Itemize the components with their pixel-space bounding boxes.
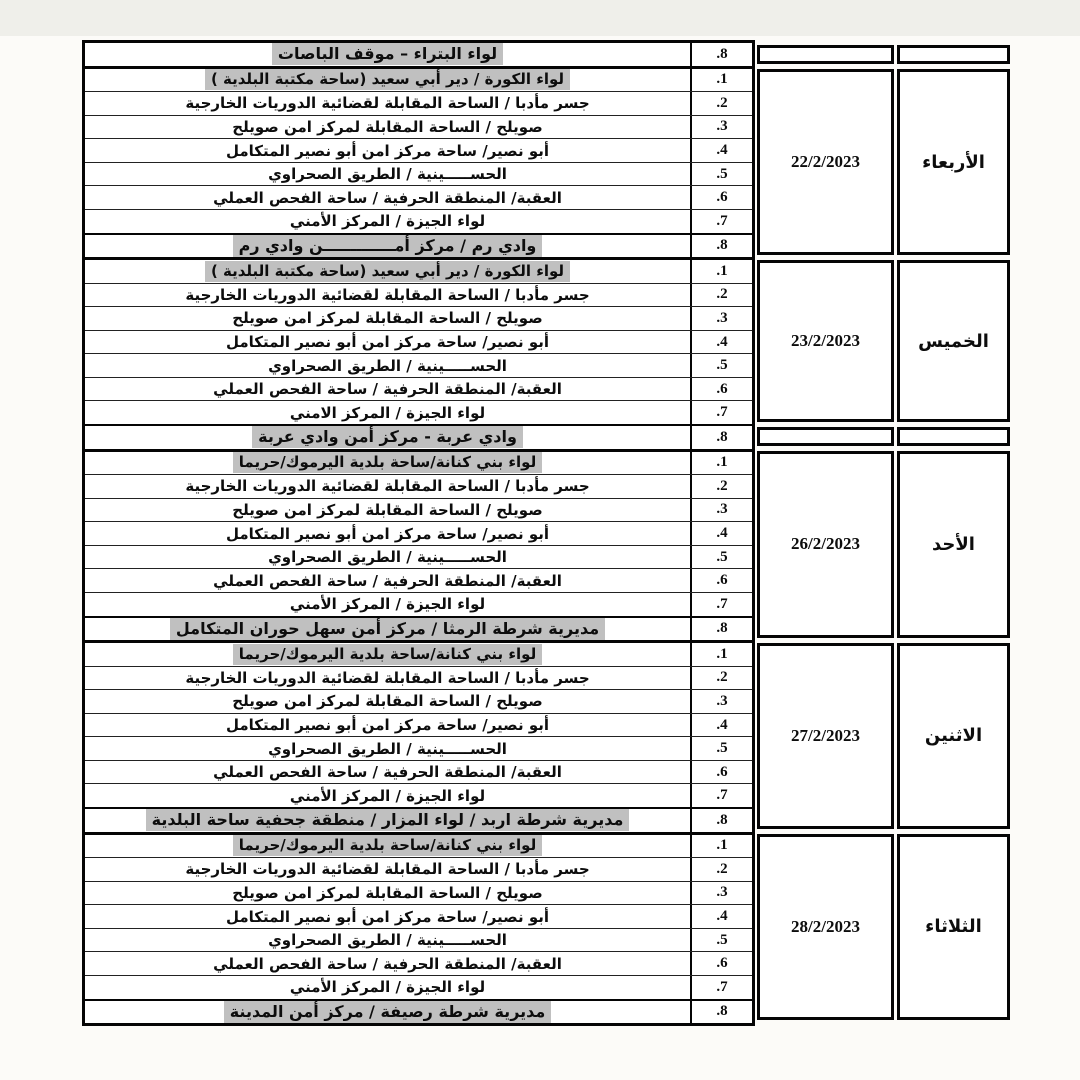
day-cell: الاثنين bbox=[897, 643, 1010, 829]
location-text: أبو نصير/ ساحة مركز امن أبو نصير المتكام… bbox=[226, 142, 549, 160]
row-number-cell: .3 bbox=[690, 882, 752, 905]
location-cell: أبو نصير/ ساحة مركز امن أبو نصير المتكام… bbox=[85, 331, 690, 354]
table-row: الحســـــينية / الطريق الصحراوي .5 bbox=[85, 353, 752, 377]
location-text: جسر مأدبا / الساحة المقابلة لقضائية الدو… bbox=[185, 94, 589, 112]
table-row: لواء البتراء – موقف الباصات .8 bbox=[85, 43, 752, 66]
row-number-cell: .3 bbox=[690, 690, 752, 713]
empty-date-cell bbox=[757, 45, 894, 64]
location-text: الحســـــينية / الطريق الصحراوي bbox=[268, 165, 507, 183]
table-row: أبو نصير/ ساحة مركز امن أبو نصير المتكام… bbox=[85, 713, 752, 737]
location-text: جسر مأدبا / الساحة المقابلة لقضائية الدو… bbox=[185, 860, 589, 878]
location-cell: لواء الجيزة / المركز الأمني bbox=[85, 210, 690, 233]
location-cell: لواء بني كنانة/ساحة بلدية اليرموك/حريما bbox=[85, 643, 690, 666]
location-text: جسر مأدبا / الساحة المقابلة لقضائية الدو… bbox=[185, 669, 589, 687]
table-row: لواء الكورة / دير أبي سعيد (ساحة مكتبة ا… bbox=[85, 257, 752, 283]
location-text: وادي عربة - مركز أمن وادي عربة bbox=[252, 426, 523, 448]
row-number-cell: .2 bbox=[690, 284, 752, 307]
location-cell: صويلح / الساحة المقابلة لمركز امن صويلح bbox=[85, 116, 690, 139]
table-row: الحســـــينية / الطريق الصحراوي .5 bbox=[85, 162, 752, 186]
row-number-cell: .7 bbox=[690, 976, 752, 999]
location-cell: الحســـــينية / الطريق الصحراوي bbox=[85, 929, 690, 952]
row-number-cell: .6 bbox=[690, 186, 752, 209]
table-row: جسر مأدبا / الساحة المقابلة لقضائية الدو… bbox=[85, 474, 752, 498]
patrol-schedule-table: لواء البتراء – موقف الباصات .8 لواء الكو… bbox=[82, 40, 1010, 1026]
row-number-cell: .2 bbox=[690, 667, 752, 690]
location-cell: مديرية شرطة الرمثا / مركز أمن سهل حوران … bbox=[85, 618, 690, 641]
row-number-cell: .5 bbox=[690, 354, 752, 377]
location-cell: جسر مأدبا / الساحة المقابلة لقضائية الدو… bbox=[85, 858, 690, 881]
row-number-cell: .1 bbox=[690, 260, 752, 283]
location-cell: أبو نصير/ ساحة مركز امن أبو نصير المتكام… bbox=[85, 522, 690, 545]
location-cell: لواء الكورة / دير أبي سعيد (ساحة مكتبة ا… bbox=[85, 260, 690, 283]
location-cell: أبو نصير/ ساحة مركز امن أبو نصير المتكام… bbox=[85, 905, 690, 928]
location-cell: جسر مأدبا / الساحة المقابلة لقضائية الدو… bbox=[85, 284, 690, 307]
row-number-cell: .1 bbox=[690, 452, 752, 475]
row-number-cell: .8 bbox=[690, 426, 752, 449]
location-cell: الحســـــينية / الطريق الصحراوي bbox=[85, 546, 690, 569]
location-text: لواء الجيزة / المركز الأمني bbox=[290, 978, 485, 996]
location-cell: صويلح / الساحة المقابلة لمركز امن صويلح bbox=[85, 499, 690, 522]
scanned-schedule-page: { "page": { "background": "#fcfbf8", "to… bbox=[0, 0, 1080, 1080]
row-number-cell: .2 bbox=[690, 858, 752, 881]
location-text: جسر مأدبا / الساحة المقابلة لقضائية الدو… bbox=[185, 477, 589, 495]
row-number-cell: .4 bbox=[690, 331, 752, 354]
location-text: لواء الكورة / دير أبي سعيد (ساحة مكتبة ا… bbox=[205, 69, 570, 90]
table-row: صويلح / الساحة المقابلة لمركز امن صويلح … bbox=[85, 115, 752, 139]
location-text: لواء الجيزة / المركز الأمني bbox=[290, 595, 485, 613]
row-number-cell: .2 bbox=[690, 475, 752, 498]
location-text: صويلح / الساحة المقابلة لمركز امن صويلح bbox=[232, 118, 542, 136]
table-row: لواء بني كنانة/ساحة بلدية اليرموك/حريما … bbox=[85, 449, 752, 475]
table-row: جسر مأدبا / الساحة المقابلة لقضائية الدو… bbox=[85, 283, 752, 307]
table-row: وادي عربة - مركز أمن وادي عربة .8 bbox=[85, 424, 752, 449]
table-row: جسر مأدبا / الساحة المقابلة لقضائية الدو… bbox=[85, 857, 752, 881]
row-number-cell: .1 bbox=[690, 835, 752, 858]
row-number-cell: .4 bbox=[690, 139, 752, 162]
location-text: لواء بني كنانة/ساحة بلدية اليرموك/حريما bbox=[233, 835, 542, 856]
location-text: أبو نصير/ ساحة مركز امن أبو نصير المتكام… bbox=[226, 525, 549, 543]
location-text: الحســـــينية / الطريق الصحراوي bbox=[268, 357, 507, 375]
location-cell: الحســـــينية / الطريق الصحراوي bbox=[85, 737, 690, 760]
row-number-cell: .5 bbox=[690, 737, 752, 760]
table-row: لواء الجيزة / المركز الأمني .7 bbox=[85, 592, 752, 616]
table-row: أبو نصير/ ساحة مركز امن أبو نصير المتكام… bbox=[85, 904, 752, 928]
empty-date-cell bbox=[757, 427, 894, 446]
table-row: لواء الجيزة / المركز الأمني .7 bbox=[85, 209, 752, 233]
table-row: مديرية شرطة اربد / لواء المزار / منطقة ج… bbox=[85, 807, 752, 832]
table-row: أبو نصير/ ساحة مركز امن أبو نصير المتكام… bbox=[85, 521, 752, 545]
location-cell: لواء الجيزة / المركز الأمني bbox=[85, 976, 690, 999]
location-cell: العقبة/ المنطقة الحرفية / ساحة الفحص الع… bbox=[85, 761, 690, 784]
table-row: وادي رم / مركز أمـــــــــــــن وادي رم … bbox=[85, 233, 752, 258]
empty-day-cell bbox=[897, 427, 1010, 446]
row-number-cell: .7 bbox=[690, 210, 752, 233]
table-row: الحســـــينية / الطريق الصحراوي .5 bbox=[85, 545, 752, 569]
row-number-cell: .4 bbox=[690, 714, 752, 737]
location-text: لواء الكورة / دير أبي سعيد (ساحة مكتبة ا… bbox=[205, 261, 570, 282]
location-cell: صويلح / الساحة المقابلة لمركز امن صويلح bbox=[85, 307, 690, 330]
table-row: الحســـــينية / الطريق الصحراوي .5 bbox=[85, 736, 752, 760]
page-top-margin bbox=[0, 0, 1080, 36]
row-number-cell: .6 bbox=[690, 569, 752, 592]
row-number-cell: .8 bbox=[690, 618, 752, 641]
location-cell: جسر مأدبا / الساحة المقابلة لقضائية الدو… bbox=[85, 667, 690, 690]
location-text: العقبة/ المنطقة الحرفية / ساحة الفحص الع… bbox=[213, 955, 562, 973]
table-row: لواء بني كنانة/ساحة بلدية اليرموك/حريما … bbox=[85, 640, 752, 666]
row-number-cell: .8 bbox=[690, 1001, 752, 1024]
day-cell: الخميس bbox=[897, 260, 1010, 422]
table-row: مديرية شرطة الرمثا / مركز أمن سهل حوران … bbox=[85, 616, 752, 641]
location-text: أبو نصير/ ساحة مركز امن أبو نصير المتكام… bbox=[226, 333, 549, 351]
location-cell: جسر مأدبا / الساحة المقابلة لقضائية الدو… bbox=[85, 475, 690, 498]
location-text: مديرية شرطة رصيفة / مركز أمن المدينة bbox=[224, 1001, 552, 1023]
row-number-cell: .2 bbox=[690, 92, 752, 115]
location-cell: الحســـــينية / الطريق الصحراوي bbox=[85, 354, 690, 377]
location-cell: صويلح / الساحة المقابلة لمركز امن صويلح bbox=[85, 690, 690, 713]
location-cell: لواء الكورة / دير أبي سعيد (ساحة مكتبة ا… bbox=[85, 69, 690, 92]
row-number-cell: .4 bbox=[690, 905, 752, 928]
row-number-cell: .7 bbox=[690, 593, 752, 616]
table-row: أبو نصير/ ساحة مركز امن أبو نصير المتكام… bbox=[85, 138, 752, 162]
table-row: لواء الجيزة / المركز الأمني .7 bbox=[85, 975, 752, 999]
table-row: صويلح / الساحة المقابلة لمركز امن صويلح … bbox=[85, 689, 752, 713]
location-cell: مديرية شرطة اربد / لواء المزار / منطقة ج… bbox=[85, 809, 690, 832]
location-cell: العقبة/ المنطقة الحرفية / ساحة الفحص الع… bbox=[85, 186, 690, 209]
row-number-cell: .7 bbox=[690, 401, 752, 424]
location-text: صويلح / الساحة المقابلة لمركز امن صويلح bbox=[232, 309, 542, 327]
table-row: جسر مأدبا / الساحة المقابلة لقضائية الدو… bbox=[85, 666, 752, 690]
location-cell: العقبة/ المنطقة الحرفية / ساحة الفحص الع… bbox=[85, 952, 690, 975]
row-number-cell: .8 bbox=[690, 43, 752, 66]
table-row: لواء الكورة / دير أبي سعيد (ساحة مكتبة ا… bbox=[85, 66, 752, 92]
row-number-cell: .1 bbox=[690, 643, 752, 666]
location-text: لواء الجيزة / المركز الامني bbox=[290, 404, 485, 422]
row-number-cell: .4 bbox=[690, 522, 752, 545]
location-cell: وادي عربة - مركز أمن وادي عربة bbox=[85, 426, 690, 449]
date-cell: 23/2/2023 bbox=[757, 260, 894, 422]
location-cell: لواء بني كنانة/ساحة بلدية اليرموك/حريما bbox=[85, 452, 690, 475]
location-text: الحســـــينية / الطريق الصحراوي bbox=[268, 548, 507, 566]
location-text: الحســـــينية / الطريق الصحراوي bbox=[268, 740, 507, 758]
location-cell: أبو نصير/ ساحة مركز امن أبو نصير المتكام… bbox=[85, 139, 690, 162]
location-text: أبو نصير/ ساحة مركز امن أبو نصير المتكام… bbox=[226, 908, 549, 926]
location-cell: صويلح / الساحة المقابلة لمركز امن صويلح bbox=[85, 882, 690, 905]
location-text: العقبة/ المنطقة الحرفية / ساحة الفحص الع… bbox=[213, 380, 562, 398]
table-row: أبو نصير/ ساحة مركز امن أبو نصير المتكام… bbox=[85, 330, 752, 354]
location-text: الحســـــينية / الطريق الصحراوي bbox=[268, 931, 507, 949]
location-cell: العقبة/ المنطقة الحرفية / ساحة الفحص الع… bbox=[85, 378, 690, 401]
table-row: جسر مأدبا / الساحة المقابلة لقضائية الدو… bbox=[85, 91, 752, 115]
table-row: صويلح / الساحة المقابلة لمركز امن صويلح … bbox=[85, 306, 752, 330]
date-cell: 26/2/2023 bbox=[757, 451, 894, 637]
row-number-cell: .5 bbox=[690, 163, 752, 186]
table-row: الحســـــينية / الطريق الصحراوي .5 bbox=[85, 928, 752, 952]
location-text: مديرية شرطة الرمثا / مركز أمن سهل حوران … bbox=[170, 618, 605, 640]
row-number-cell: .1 bbox=[690, 69, 752, 92]
locations-table: لواء البتراء – موقف الباصات .8 لواء الكو… bbox=[82, 40, 755, 1026]
location-cell: لواء الجيزة / المركز الأمني bbox=[85, 784, 690, 807]
location-text: صويلح / الساحة المقابلة لمركز امن صويلح bbox=[232, 501, 542, 519]
location-text: لواء بني كنانة/ساحة بلدية اليرموك/حريما bbox=[233, 452, 542, 473]
location-cell: جسر مأدبا / الساحة المقابلة لقضائية الدو… bbox=[85, 92, 690, 115]
row-number-cell: .8 bbox=[690, 235, 752, 258]
location-text: صويلح / الساحة المقابلة لمركز امن صويلح bbox=[232, 692, 542, 710]
location-text: العقبة/ المنطقة الحرفية / ساحة الفحص الع… bbox=[213, 189, 562, 207]
location-text: جسر مأدبا / الساحة المقابلة لقضائية الدو… bbox=[185, 286, 589, 304]
location-text: مديرية شرطة اربد / لواء المزار / منطقة ج… bbox=[146, 809, 630, 831]
location-cell: لواء الجيزة / المركز الامني bbox=[85, 401, 690, 424]
table-row: العقبة/ المنطقة الحرفية / ساحة الفحص الع… bbox=[85, 760, 752, 784]
row-number-cell: .6 bbox=[690, 952, 752, 975]
location-text: لواء البتراء – موقف الباصات bbox=[272, 43, 503, 65]
location-text: أبو نصير/ ساحة مركز امن أبو نصير المتكام… bbox=[226, 716, 549, 734]
row-number-cell: .5 bbox=[690, 546, 752, 569]
table-row: صويلح / الساحة المقابلة لمركز امن صويلح … bbox=[85, 881, 752, 905]
table-row: العقبة/ المنطقة الحرفية / ساحة الفحص الع… bbox=[85, 377, 752, 401]
row-number-cell: .3 bbox=[690, 116, 752, 139]
row-number-cell: .5 bbox=[690, 929, 752, 952]
table-row: لواء الجيزة / المركز الامني .7 bbox=[85, 400, 752, 424]
row-number-cell: .6 bbox=[690, 761, 752, 784]
date-cell: 28/2/2023 bbox=[757, 834, 894, 1020]
location-cell: الحســـــينية / الطريق الصحراوي bbox=[85, 163, 690, 186]
day-cell: الثلاثاء bbox=[897, 834, 1010, 1020]
location-cell: أبو نصير/ ساحة مركز امن أبو نصير المتكام… bbox=[85, 714, 690, 737]
table-row: صويلح / الساحة المقابلة لمركز امن صويلح … bbox=[85, 498, 752, 522]
row-number-cell: .7 bbox=[690, 784, 752, 807]
location-cell: العقبة/ المنطقة الحرفية / ساحة الفحص الع… bbox=[85, 569, 690, 592]
row-number-cell: .8 bbox=[690, 809, 752, 832]
location-text: العقبة/ المنطقة الحرفية / ساحة الفحص الع… bbox=[213, 572, 562, 590]
location-text: لواء بني كنانة/ساحة بلدية اليرموك/حريما bbox=[233, 644, 542, 665]
location-text: لواء الجيزة / المركز الأمني bbox=[290, 787, 485, 805]
location-text: وادي رم / مركز أمـــــــــــــن وادي رم bbox=[233, 235, 543, 257]
empty-day-cell bbox=[897, 45, 1010, 64]
date-cell: 22/2/2023 bbox=[757, 69, 894, 255]
table-row: لواء بني كنانة/ساحة بلدية اليرموك/حريما … bbox=[85, 832, 752, 858]
location-cell: وادي رم / مركز أمـــــــــــــن وادي رم bbox=[85, 235, 690, 258]
row-number-cell: .3 bbox=[690, 307, 752, 330]
table-row: العقبة/ المنطقة الحرفية / ساحة الفحص الع… bbox=[85, 568, 752, 592]
day-cell: الأربعاء bbox=[897, 69, 1010, 255]
location-cell: مديرية شرطة رصيفة / مركز أمن المدينة bbox=[85, 1001, 690, 1024]
location-cell: لواء بني كنانة/ساحة بلدية اليرموك/حريما bbox=[85, 835, 690, 858]
location-text: العقبة/ المنطقة الحرفية / ساحة الفحص الع… bbox=[213, 763, 562, 781]
date-cell: 27/2/2023 bbox=[757, 643, 894, 829]
location-text: صويلح / الساحة المقابلة لمركز امن صويلح bbox=[232, 884, 542, 902]
row-number-cell: .6 bbox=[690, 378, 752, 401]
location-cell: لواء البتراء – موقف الباصات bbox=[85, 43, 690, 66]
table-row: العقبة/ المنطقة الحرفية / ساحة الفحص الع… bbox=[85, 185, 752, 209]
row-number-cell: .3 bbox=[690, 499, 752, 522]
table-row: لواء الجيزة / المركز الأمني .7 bbox=[85, 783, 752, 807]
table-row: العقبة/ المنطقة الحرفية / ساحة الفحص الع… bbox=[85, 951, 752, 975]
location-cell: لواء الجيزة / المركز الأمني bbox=[85, 593, 690, 616]
table-row: مديرية شرطة رصيفة / مركز أمن المدينة .8 bbox=[85, 999, 752, 1024]
location-text: لواء الجيزة / المركز الأمني bbox=[290, 212, 485, 230]
day-cell: الأحد bbox=[897, 451, 1010, 637]
